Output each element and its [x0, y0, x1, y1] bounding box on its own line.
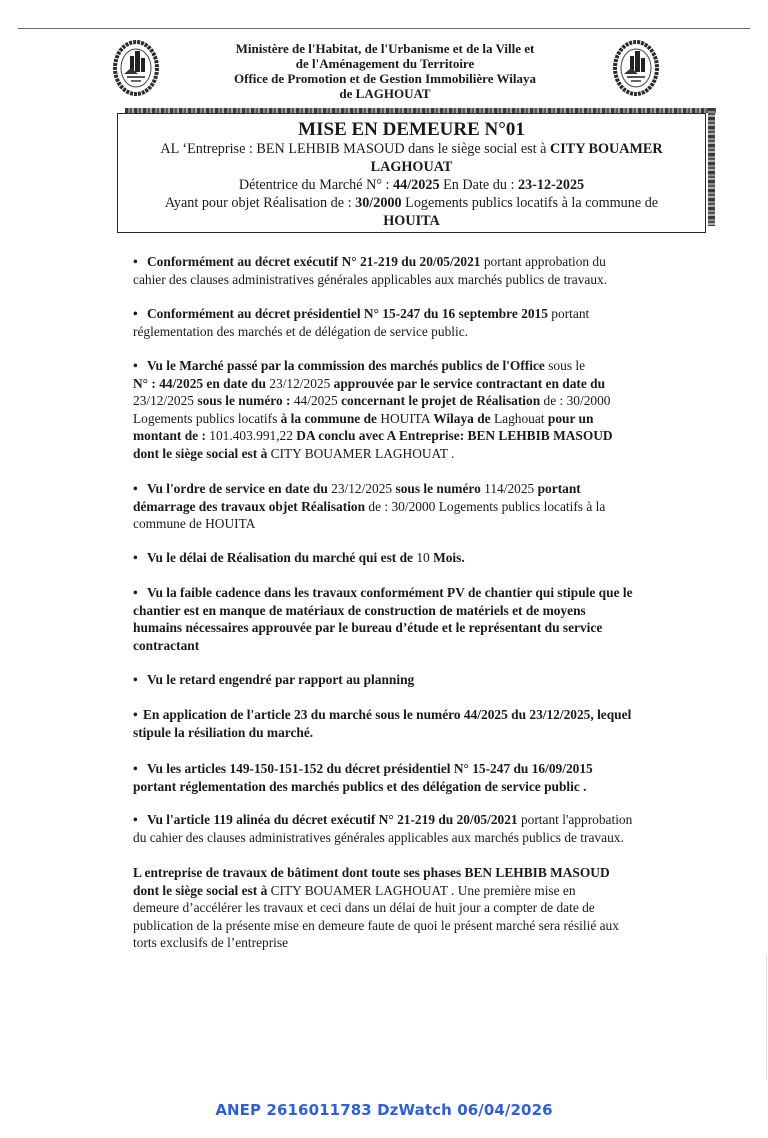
para-text-bold: Vu l'ordre de service en date du	[147, 481, 328, 496]
para-text-bold: dont le siège social est à	[133, 883, 267, 898]
para-text: de : 30/2000	[540, 393, 610, 408]
para-text: commune de HOUITA	[133, 515, 693, 533]
para-text-bold: Vu l'article 119 alinéa du décret exécut…	[147, 812, 518, 827]
para-text-bold: Vu le Marché passé par la commission des…	[147, 358, 545, 373]
bullet-icon: •	[133, 357, 147, 375]
bullet-icon: •	[133, 253, 147, 271]
bullet-icon: •	[133, 305, 147, 323]
montant-value: 101.403.991,22	[206, 428, 296, 443]
para-text-bold: démarrage des travaux objet Réalisation	[133, 499, 365, 514]
paragraph-decret-21-219: •Conformément au décret exécutif N° 21-2…	[133, 253, 693, 288]
para-text: HOUITA	[377, 411, 433, 426]
entreprise-text: AL ‘Entreprise : BEN LEHBIB MASOUD dans …	[160, 141, 550, 157]
para-text-bold: stipule la résiliation du marché.	[133, 724, 693, 742]
para-text: CITY BOUAMER LAGHOUAT . Une première mis…	[267, 883, 575, 898]
scan-edge	[766, 955, 767, 1080]
para-text-bold: humains nécessaires approuvée par le bur…	[133, 619, 693, 637]
para-text-bold: Vu le délai de Réalisation du marché qui…	[147, 550, 413, 565]
para-text-bold: Wilaya de	[433, 411, 490, 426]
paragraph-article-119: •Vu l'article 119 alinéa du décret exécu…	[133, 811, 693, 846]
para-text: sous le	[545, 358, 585, 373]
para-text: publication de la présente mise en demeu…	[133, 917, 693, 935]
para-text: portant approbation du	[481, 254, 606, 269]
para-text-bold: montant de :	[133, 428, 206, 443]
para-text-bold: Conformément au décret exécutif N° 21-21…	[147, 254, 481, 269]
objet-line: Ayant pour objet Réalisation de : 30/200…	[118, 194, 705, 212]
bullet-icon: •	[133, 811, 147, 829]
logements-count: 30/2000	[355, 195, 402, 211]
top-scan-rule	[18, 28, 750, 29]
para-text-bold: contractant	[133, 637, 693, 655]
document-title: MISE EN DEMEURE N°01	[118, 119, 705, 140]
paragraph-faible-cadence: •Vu la faible cadence dans les travaux c…	[133, 584, 693, 654]
entreprise-address: CITY BOUAMER	[550, 141, 663, 157]
para-text-bold: L entreprise de travaux de bâtiment dont…	[133, 864, 693, 882]
header-line: de LAGHOUAT	[200, 86, 570, 101]
para-text-bold: chantier est en manque de matériaux de c…	[133, 602, 693, 620]
ministry-header: Ministère de l'Habitat, de l'Urbanisme e…	[200, 41, 570, 101]
para-text: du cahier des clauses administratives gé…	[133, 829, 693, 847]
para-text: réglementation des marchés et de délégat…	[133, 323, 693, 341]
para-text-bold: Conformément au décret présidentiel N° 1…	[147, 306, 548, 321]
para-text-bold: concernant le projet de Réalisation	[341, 393, 540, 408]
bullet-icon: •	[133, 549, 147, 567]
bullet-icon: •	[133, 480, 147, 498]
para-text: de : 30/2000 Logements publics locatifs …	[365, 499, 605, 514]
para-text-bold: approuvée par le service contractant en …	[334, 376, 605, 391]
para-text: demeure d’accélérer les travaux et ceci …	[133, 899, 693, 917]
para-text: 23/12/2025	[328, 481, 396, 496]
para-text-bold: DA conclu avec A Entreprise: BEN LEHBIB …	[296, 428, 612, 443]
para-text: 23/12/2025	[133, 393, 197, 408]
para-text: Laghouat	[491, 411, 548, 426]
para-text-bold: sous le numéro :	[197, 393, 290, 408]
marche-date: 23-12-2025	[518, 177, 584, 193]
para-text-bold: sous le numéro	[395, 481, 480, 496]
entreprise-line: AL ‘Entreprise : BEN LEHBIB MASOUD dans …	[118, 140, 705, 158]
header-line: Office de Promotion et de Gestion Immobi…	[200, 71, 570, 86]
entreprise-city: LAGHOUAT	[118, 158, 705, 176]
paragraph-articles-149-152: •Vu les articles 149-150-151-152 du décr…	[133, 760, 693, 795]
opgi-emblem-icon	[613, 40, 659, 96]
paragraph-delai: •Vu le délai de Réalisation du marché qu…	[133, 549, 693, 567]
para-text-bold: Vu le retard engendré par rapport au pla…	[147, 672, 414, 687]
para-text: portant l'approbation	[518, 812, 633, 827]
commune-name: HOUITA	[118, 212, 705, 230]
bullet-icon: •	[133, 671, 147, 689]
marche-line: Détentrice du Marché N° : 44/2025 En Dat…	[118, 176, 705, 194]
para-text: 114/2025	[481, 481, 538, 496]
para-text: 44/2025	[290, 393, 341, 408]
title-box: MISE EN DEMEURE N°01 AL ‘Entreprise : BE…	[117, 113, 706, 233]
paragraph-marche: •Vu le Marché passé par la commission de…	[133, 357, 693, 463]
marche-number: 44/2025	[393, 177, 440, 193]
para-text: Logements publics locatifs	[133, 411, 281, 426]
para-text-bold: N° :	[133, 376, 159, 391]
paragraph-ordre-service: •Vu l'ordre de service en date du 23/12/…	[133, 480, 693, 533]
paragraph-decret-15-247: •Conformément au décret présidentiel N° …	[133, 305, 693, 340]
anep-footer-reference: ANEP 2616011783 DzWatch 06/04/2026	[0, 1101, 768, 1119]
para-text: portant	[548, 306, 589, 321]
bullet-icon: •	[133, 760, 147, 778]
para-text-bold: pour un	[548, 411, 594, 426]
header-line: Ministère de l'Habitat, de l'Urbanisme e…	[200, 41, 570, 56]
para-text-bold: à la commune de	[281, 411, 377, 426]
para-text-bold: Vu la faible cadence dans les travaux co…	[147, 585, 633, 600]
para-text-bold: Mois.	[433, 550, 465, 565]
objet-label: Ayant pour objet Réalisation de :	[165, 195, 355, 211]
marche-label: Détentrice du Marché N° :	[239, 177, 393, 193]
date-label: En Date du :	[440, 177, 518, 193]
paragraph-retard: •Vu le retard engendré par rapport au pl…	[133, 671, 693, 689]
para-text: 23/12/2025	[266, 376, 334, 391]
bullet-icon: •	[133, 584, 147, 602]
conclusion-paragraph: L entreprise de travaux de bâtiment dont…	[133, 864, 693, 952]
paragraph-article-23: •En application de l'article 23 du march…	[133, 706, 693, 741]
para-text-bold: Vu les articles 149-150-151-152 du décre…	[147, 761, 593, 776]
para-text: CITY BOUAMER LAGHOUAT .	[267, 446, 454, 461]
para-text-bold: En application de l'article 23 du marché…	[143, 707, 631, 722]
bullet-icon: •	[133, 706, 143, 724]
para-text: torts exclusifs de l’entreprise	[133, 934, 693, 952]
para-text-bold: portant réglementation des marchés publi…	[133, 778, 693, 796]
objet-text: Logements publics locatifs à la commune …	[402, 195, 658, 211]
para-text-bold: portant	[538, 481, 581, 496]
para-text: 10	[413, 550, 433, 565]
box-shadow-edge	[708, 108, 715, 226]
header-line: de l'Aménagement du Territoire	[200, 56, 570, 71]
para-text-bold: dont le siège social est à	[133, 446, 267, 461]
para-text-bold: 44/2025 en date du	[159, 376, 266, 391]
opgi-emblem-icon	[113, 40, 159, 96]
para-text: cahier des clauses administratives génér…	[133, 271, 693, 289]
